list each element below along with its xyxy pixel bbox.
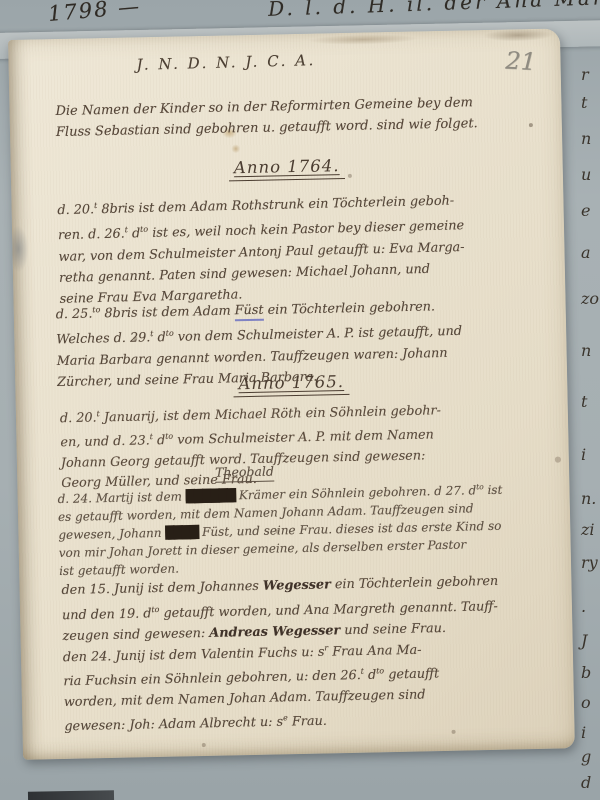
behind-page-top-fragment: D. l. d. H. il. der Aña Mar xyxy=(268,0,600,21)
superscript: t xyxy=(96,409,99,418)
stain xyxy=(483,29,553,42)
baptism-entry: den 24. Junij ist dem Valentin Fuchs u: … xyxy=(63,633,569,736)
superscript: to xyxy=(476,482,484,491)
stain xyxy=(308,33,418,45)
superscript: to xyxy=(166,329,174,338)
superscript: to xyxy=(151,605,159,614)
behind-text-fragment: n. xyxy=(581,492,596,506)
superscript: to xyxy=(92,305,100,314)
behind-text-fragment: ry xyxy=(581,556,598,570)
behind-page-year-note: 1798 — xyxy=(47,0,142,26)
behind-text-fragment: o xyxy=(581,696,591,710)
superscript: e xyxy=(283,713,288,722)
behind-text-fragment: i xyxy=(581,448,586,462)
behind-text-fragment: J xyxy=(581,634,587,648)
behind-text-fragment: zo xyxy=(581,292,599,306)
year-heading: Anno 1764. xyxy=(11,151,563,182)
superscript: to xyxy=(376,667,384,676)
behind-text-fragment: g xyxy=(581,750,591,764)
superscript: to xyxy=(140,225,148,234)
paper-specks xyxy=(8,40,10,42)
intro-paragraph: Die Namen der Kinder so in der Reformirt… xyxy=(55,91,556,143)
blue-underlined-name: Füst xyxy=(235,303,264,322)
manuscript-page: J. N. D. N. J. C. A. 21 Die Namen der Ki… xyxy=(8,28,575,759)
behind-text-fragment: zi xyxy=(581,523,595,537)
behind-text-fragment: r xyxy=(581,68,589,82)
superscript: t xyxy=(150,329,153,338)
behind-text-fragment: . xyxy=(581,600,586,614)
stain xyxy=(231,144,240,153)
behind-text-fragment: t xyxy=(581,96,587,110)
inserted-name: Theobald xyxy=(215,463,274,483)
page-number: 21 xyxy=(505,47,537,76)
invocation-header: J. N. D. N. J. C. A. xyxy=(136,51,316,74)
behind-text-fragment: n xyxy=(581,344,591,358)
crossed-out-word: ██████ xyxy=(186,488,236,503)
behind-text-fragment: e xyxy=(581,204,590,218)
manuscript-photo: 1798 — D. l. d. H. il. der Aña Mar rtnue… xyxy=(0,0,600,800)
superscript: t xyxy=(125,225,128,234)
baptism-entry: Theobaldd. 24. Martij ist dem ██████ Krä… xyxy=(57,456,569,580)
crossed-out-word: ████ xyxy=(165,525,198,540)
behind-text-fragment: i xyxy=(581,726,586,740)
overwritten-name: Wegesser xyxy=(263,577,331,593)
stain xyxy=(8,226,29,272)
superscript: to xyxy=(165,432,173,441)
year-heading-text: Anno 1765. xyxy=(233,372,349,397)
superscript: t xyxy=(150,432,153,441)
behind-text-fragment: u xyxy=(581,168,591,182)
superscript: t xyxy=(361,667,364,676)
year-heading-text: Anno 1764. xyxy=(229,156,345,181)
behind-page-right-fragments: rtnueazontin.ziry.Jboigd xyxy=(578,0,600,800)
behind-text-fragment: d xyxy=(581,776,591,790)
behind-text-fragment: n xyxy=(581,132,591,146)
bottom-dark-object xyxy=(28,790,114,800)
superscript: t xyxy=(94,201,97,210)
superscript: r xyxy=(324,643,328,652)
behind-text-fragment: a xyxy=(581,246,591,260)
behind-text-fragment: b xyxy=(581,666,591,680)
behind-text-fragment: t xyxy=(581,395,587,409)
